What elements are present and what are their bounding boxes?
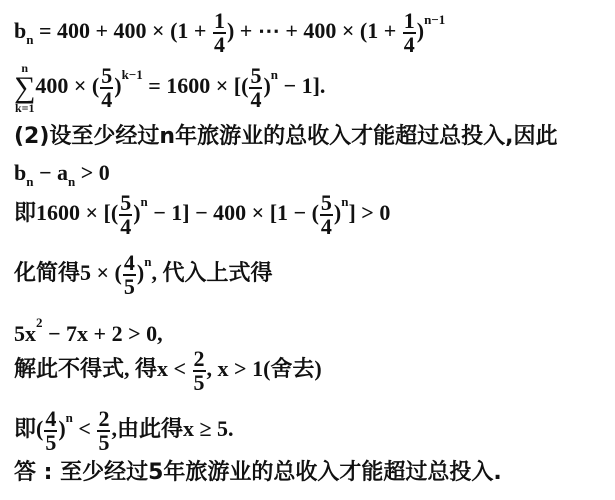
numerator: 1 (213, 10, 226, 32)
fraction: 54 (320, 192, 333, 238)
numerator: 2 (97, 408, 110, 430)
sigma-icon: ∑ (14, 74, 35, 102)
math-text: = 1600 × [( (143, 73, 249, 98)
math-text: 即( (14, 416, 43, 441)
numerator: 5 (100, 65, 113, 87)
solve-line: 解此不得式, 得x < 25, x > 1(舍去) (14, 348, 322, 394)
sum-formula-line: n∑k=1400 × (54)k−1 = 1600 × [(54)n − 1]. (14, 62, 325, 114)
math-text: ) + ⋯ + 400 × (1 + (227, 18, 402, 43)
math-text: ) (133, 200, 140, 225)
math-text: 5x (14, 321, 36, 346)
math-text: > 0 (75, 160, 110, 185)
numerator: 1 (403, 10, 416, 32)
denominator: 4 (249, 89, 262, 111)
math-text: ) (417, 18, 424, 43)
math-text: b (14, 160, 26, 185)
math-text: ] > 0 (348, 200, 390, 225)
fraction: 45 (44, 408, 57, 454)
expanded-inequality-line: 即1600 × [(54)n − 1] − 400 × [1 − (54)n] … (14, 192, 390, 238)
math-text: ,由此得x ≥ 5. (111, 416, 233, 441)
bn-definition-line: bn = 400 + 400 × (1 + 14) + ⋯ + 400 × (1… (14, 10, 445, 56)
math-text: − 1]. (278, 73, 325, 98)
fraction: 54 (100, 65, 113, 111)
denominator: 5 (123, 276, 136, 298)
fraction: 45 (123, 252, 136, 298)
math-text: ) (114, 73, 121, 98)
denominator: 5 (97, 432, 110, 454)
fraction: 25 (193, 348, 206, 394)
exponent: n (66, 410, 73, 425)
math-text: 即1600 × [( (14, 200, 118, 225)
math-text: ) (263, 73, 270, 98)
math-text: < (73, 416, 97, 441)
conclusion-inequality-line: 即(45)n < 25,由此得x ≥ 5. (14, 408, 234, 454)
math-text: , x > 1(舍去) (207, 356, 322, 381)
math-text: , 代入上式得 (151, 260, 272, 285)
exponent: n (271, 67, 278, 82)
denominator: 5 (44, 432, 57, 454)
denominator: 5 (193, 372, 206, 394)
denominator: 4 (403, 34, 416, 56)
denominator: 4 (100, 89, 113, 111)
fraction: 14 (403, 10, 416, 56)
numerator: 4 (123, 252, 136, 274)
fraction: 25 (97, 408, 110, 454)
math-text: 化简得5 × ( (14, 260, 122, 285)
sum-lower-limit: k=1 (15, 102, 35, 114)
numerator: 5 (249, 65, 262, 87)
fraction: 14 (213, 10, 226, 56)
answer-line: 答 : 至少经过5年旅游业的总收入才能超过总投入. (14, 462, 502, 484)
quadratic-line: 5x2 − 7x + 2 > 0, (14, 316, 163, 345)
math-text: = 400 + 400 × (1 + (33, 18, 211, 43)
math-text: 400 × ( (35, 73, 99, 98)
exponent: n (141, 194, 148, 209)
math-text: b (14, 18, 26, 43)
exponent: n−1 (424, 12, 445, 27)
fraction: 54 (119, 192, 132, 238)
math-text: − a (33, 160, 68, 185)
denominator: 4 (119, 216, 132, 238)
math-text: − 1] − 400 × [1 − ( (148, 200, 319, 225)
math-text: − 7x + 2 > 0, (43, 321, 163, 346)
denominator: 4 (320, 216, 333, 238)
numerator: 5 (320, 192, 333, 214)
part2-setup-line: (2)设至少经过n年旅游业的总收入才能超过总投入,因此 (14, 126, 557, 148)
numerator: 4 (44, 408, 57, 430)
math-text: ) (58, 416, 65, 441)
denominator: 4 (213, 34, 226, 56)
exponent: k−1 (122, 67, 143, 82)
numerator: 5 (119, 192, 132, 214)
summation: n∑k=1 (14, 62, 35, 114)
simplify-line: 化简得5 × (45)n, 代入上式得 (14, 252, 272, 298)
numerator: 2 (193, 348, 206, 370)
inequality-line: bn − an > 0 (14, 162, 110, 188)
fraction: 54 (249, 65, 262, 111)
math-text: 解此不得式, 得x < (14, 356, 192, 381)
